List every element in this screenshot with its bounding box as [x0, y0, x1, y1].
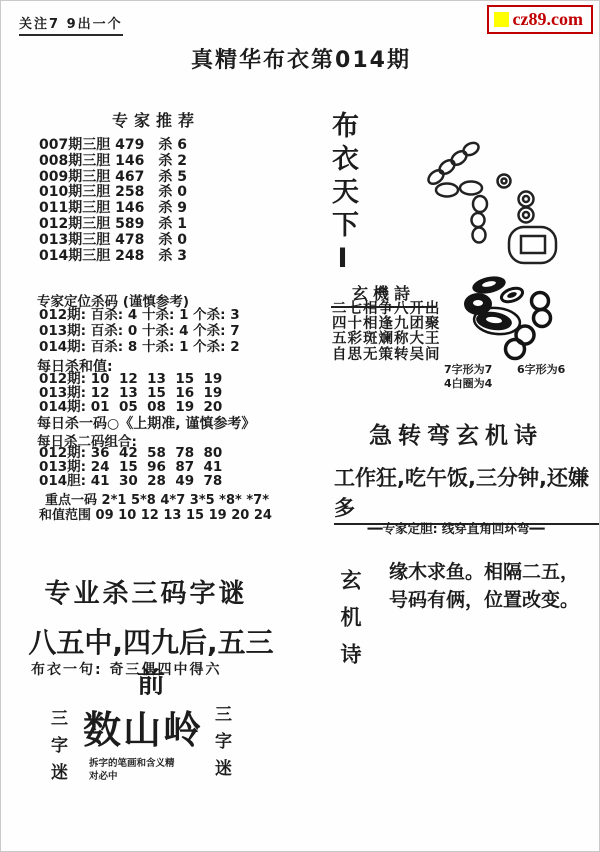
table-row: 013期: 12 13 15 16 19 — [39, 386, 222, 400]
ink-number-drawing — [459, 273, 579, 363]
table-row: 010期三胆 258 杀 0 — [39, 185, 187, 201]
bead-chain-drawing — [414, 137, 564, 267]
poem-line: 五彩斑斓称大王 — [332, 332, 441, 347]
site-badge[interactable]: cz89.com — [487, 5, 593, 34]
table-row: 007期三胆 479 杀 6 — [39, 138, 187, 154]
expert-dan-divider: ━━专家定胆: 线穿直角回环弯━━ — [326, 519, 586, 537]
table-row: 012期三胆 589 杀 1 — [39, 217, 187, 233]
sum-range-line: 和值范围 09 10 12 13 15 19 20 24 — [39, 504, 272, 523]
ink-caption-six: 6字形为6 — [517, 361, 565, 377]
table-row: 008期三胆 146 杀 2 — [39, 154, 187, 170]
top-note: 关注7 9出一个 — [19, 13, 123, 36]
xuanji-bottom-line: 缘木求鱼。相隔二五， — [389, 557, 579, 584]
three-char-riddle-label-right: 三字迷 — [209, 705, 234, 786]
table-row: 014胆: 41 30 28 49 78 — [39, 474, 222, 488]
poem-line: 自思无策转吴间 — [332, 348, 441, 363]
xuanji-bottom-line: 号码有俩，位置改变。 — [389, 585, 579, 612]
table-row: 014期: 01 05 08 19 20 — [39, 400, 222, 414]
riddle-heading: 专业杀三码字谜 — [21, 573, 271, 610]
yellow-square-icon — [494, 12, 509, 27]
note-line: 拆字的笔画和含义精 — [89, 757, 175, 770]
xuanji-vertical-label: 玄机诗 — [335, 569, 365, 680]
ink-caption-four: 4白圈为4 — [444, 375, 492, 391]
xuanji-poem: 二七相争八开出 四十相逢九团聚 五彩斑斓称大王 自思无策转吴间 — [332, 302, 441, 363]
expert-picks-heading: 专家推荐 — [91, 108, 221, 131]
table-row: 012期: 百杀: 4 十杀: 1 个杀: 3 — [39, 307, 240, 323]
expert-picks-table: 007期三胆 479 杀 6 008期三胆 146 杀 2 009期三胆 467… — [39, 138, 187, 264]
table-row: 013期: 24 15 96 87 41 — [39, 460, 222, 474]
position-kill-table: 012期: 百杀: 4 十杀: 1 个杀: 3 013期: 百杀: 0 十杀: … — [39, 307, 240, 355]
three-char-riddle-answer: 数山岭 — [83, 699, 203, 754]
sum-kill-table: 012期: 10 12 13 15 19 013期: 12 13 15 16 1… — [39, 372, 222, 414]
table-row: 011期三胆 146 杀 9 — [39, 201, 187, 217]
three-char-riddle-note: 拆字的笔画和含义精 对必中 — [89, 757, 175, 783]
sharp-turn-heading: 急转弯玄机诗 — [331, 417, 581, 450]
poem-line: 二七相争八开出 — [332, 302, 441, 317]
site-badge-label: cz89.com — [513, 9, 583, 30]
table-row: 012期: 36 42 58 78 80 — [39, 446, 222, 460]
two-code-table: 012期: 36 42 58 78 80 013期: 24 15 96 87 4… — [39, 446, 222, 488]
riddle-subline: 布衣一句: 奇三偶四中得六 — [31, 659, 221, 679]
three-char-riddle-label-left: 三字迷 — [45, 709, 70, 790]
table-row: 012期: 10 12 13 15 19 — [39, 372, 222, 386]
buyi-tianxia-vertical-title: 布衣天下I — [323, 111, 362, 280]
table-row: 014期三胆 248 杀 3 — [39, 249, 187, 265]
sharp-turn-line: 工作狂,吃午饭,三分钟,还嫌多 — [334, 462, 599, 525]
tip-sheet-page: 关注7 9出一个 cz89.com 真精华布衣第014期 专家推荐 007期三胆… — [0, 0, 600, 852]
table-row: 013期: 百杀: 0 十杀: 4 个杀: 7 — [39, 323, 240, 339]
table-row: 014期: 百杀: 8 十杀: 1 个杀: 2 — [39, 339, 240, 355]
table-row: 013期三胆 478 杀 0 — [39, 233, 187, 249]
page-title: 真精华布衣第014期 — [1, 43, 600, 74]
note-line: 对必中 — [89, 770, 175, 783]
